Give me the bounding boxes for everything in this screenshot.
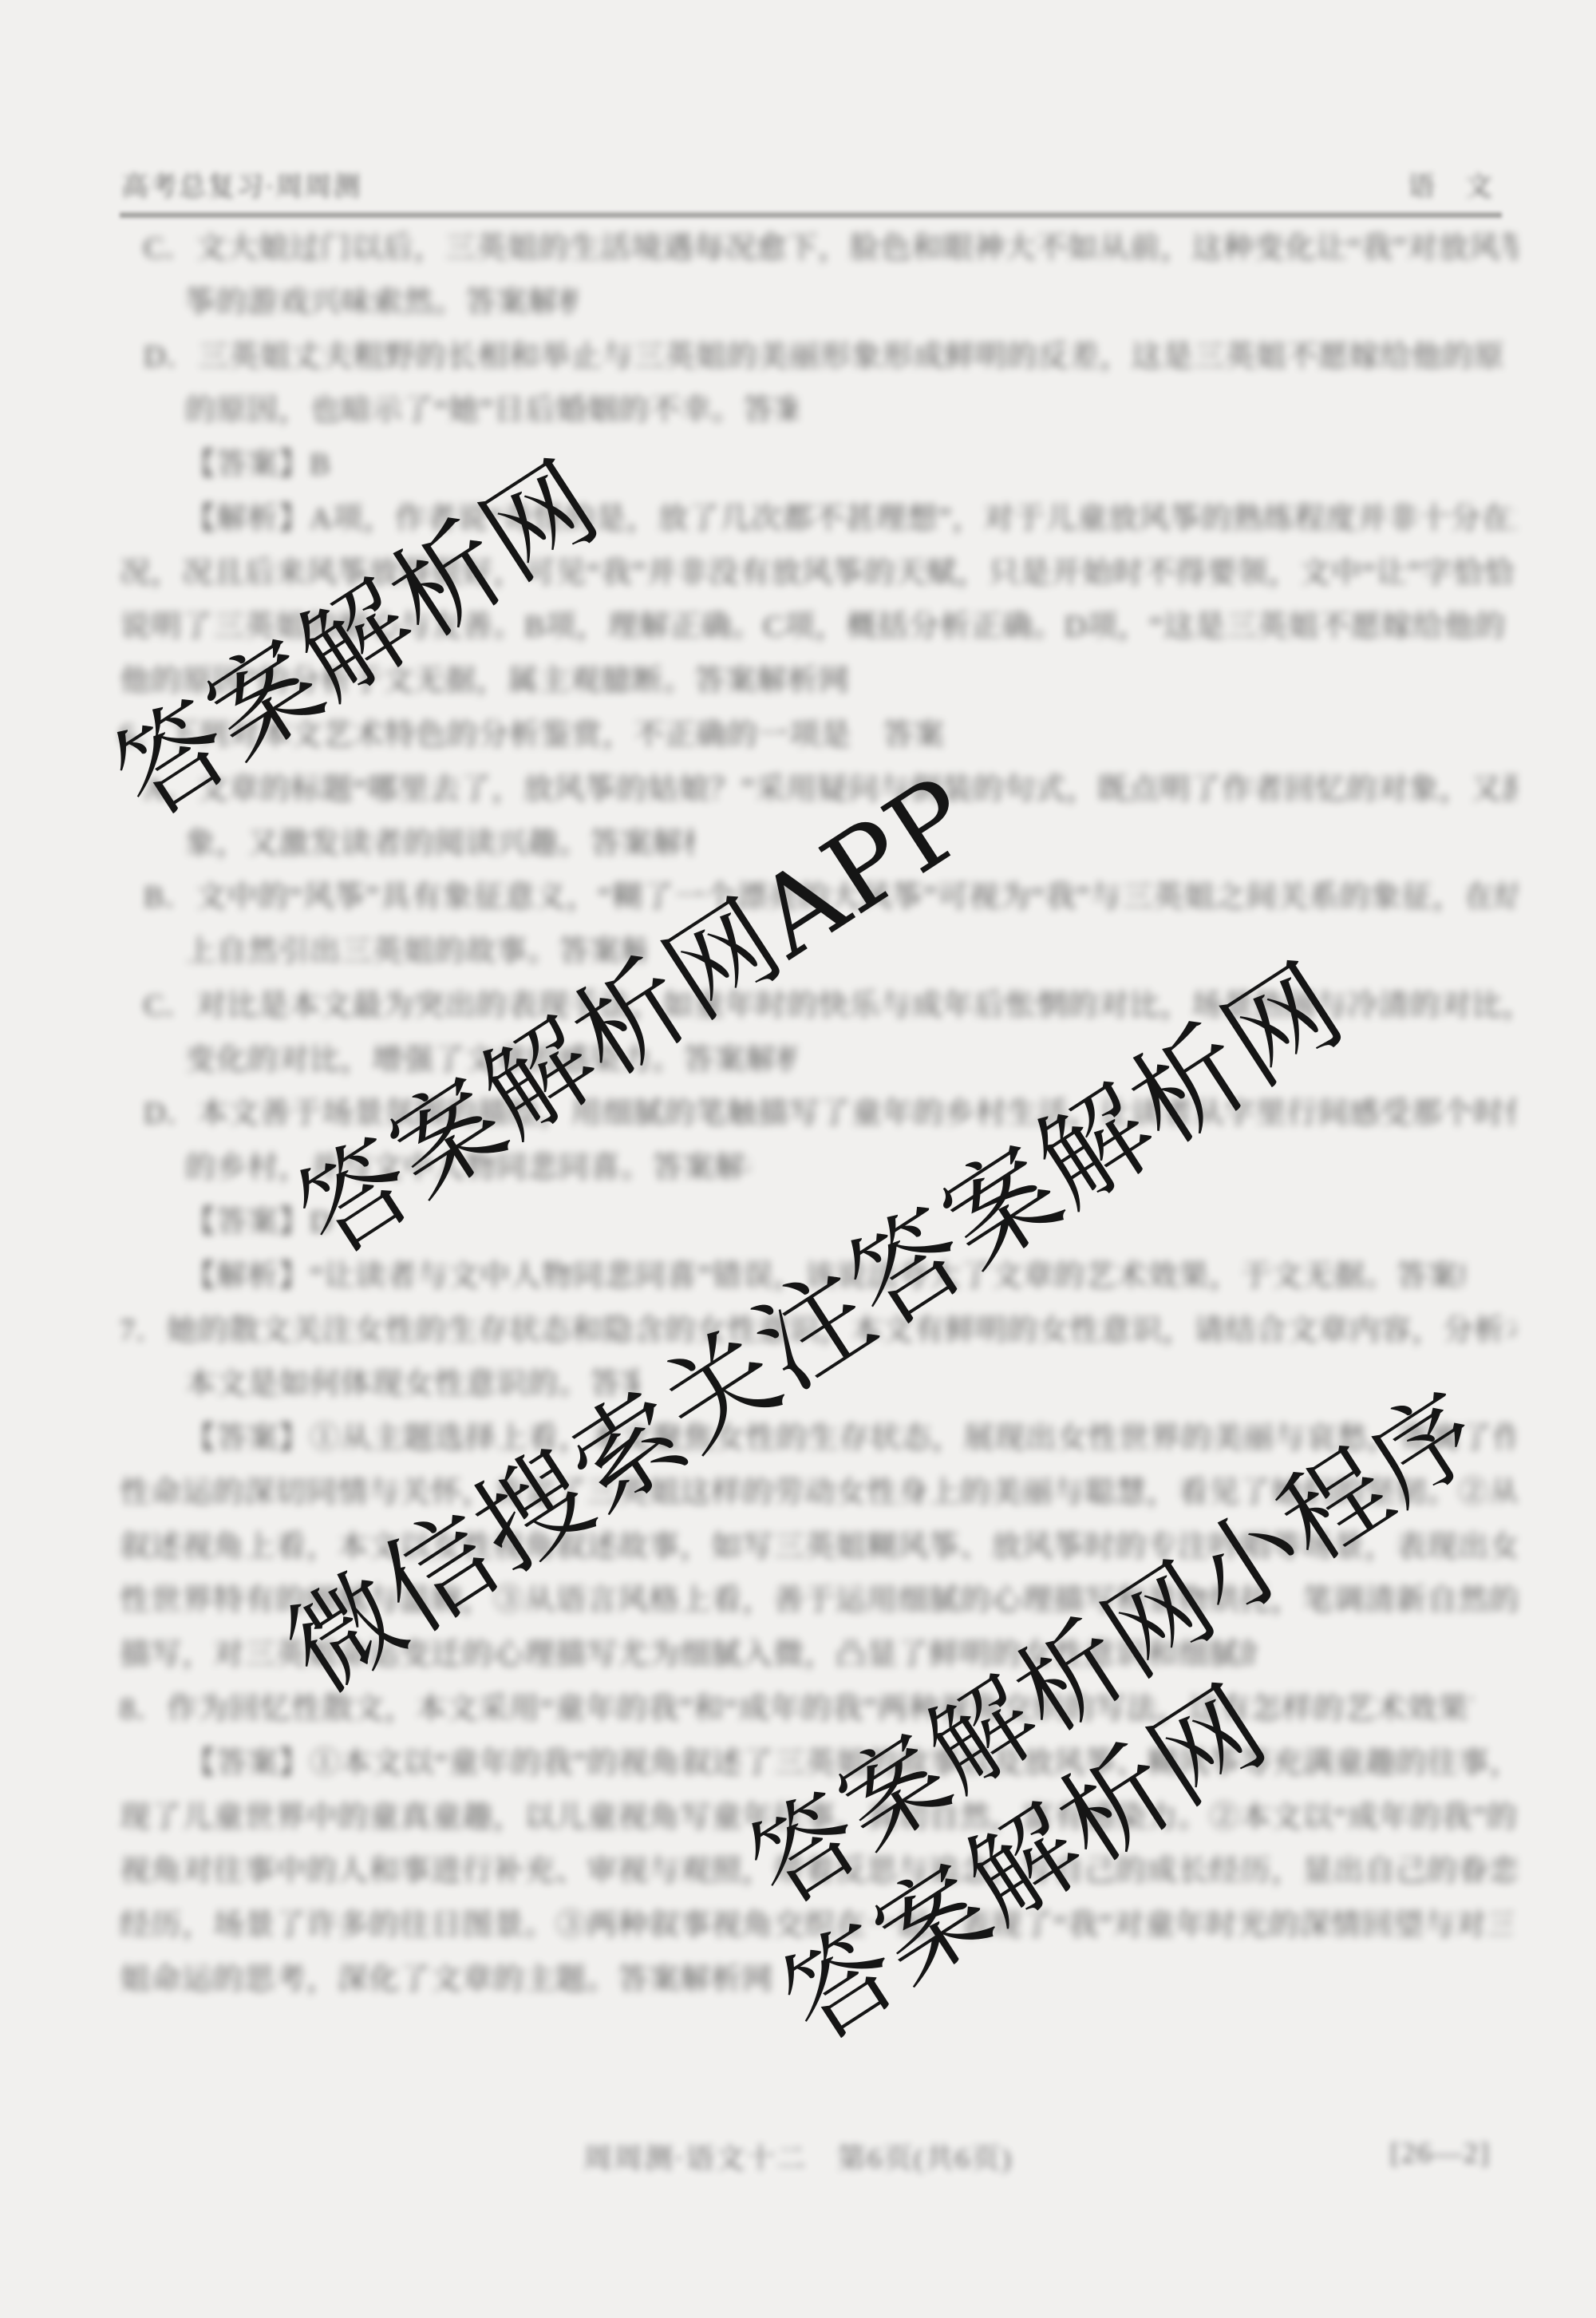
text-line-answer-8-line5: 姐命运的思考，深化了文章的主题。答案解析网 (120, 1960, 1245, 2001)
text-line-option-c-line1: C．文大娘过门以后，三英姐的生活境遇每况愈下，脸色和眼神大不如从前，这种变化让“… (144, 228, 1516, 270)
text-line-option-d-line1: D．三英姐丈夫粗野的长相和举止与三英姐的美丽形象形成鲜明的反差，这是三英姐不愿嫁… (144, 337, 1516, 378)
header-subject-right: 语 文 (1408, 164, 1494, 204)
text-line-option-d-line2: 的原因，也暗示了“她”日后婚姻的不幸。答案解析网 (185, 390, 798, 432)
text-line-option-c-line2: 筝的游戏兴味索然。答案解析网 (185, 283, 579, 324)
header-rule (120, 212, 1502, 218)
text-line-option-a-line2: 象，又激发读者的阅读兴趣。答案解析网 (185, 824, 694, 865)
footer-code-tag: [26—2] (1390, 2136, 1491, 2170)
text-line-answer-5: 【答案】B (185, 445, 345, 486)
footer-page-info: 周周测·语文十二 第6页(共6页) (0, 2136, 1596, 2177)
scanned-exam-answer-page: 高考总复习·周周测 语 文 C．文大娘过门以后，三英姐的生活境遇每况愈下，脸色和… (0, 0, 1596, 2318)
header-title-left: 高考总复习·周周测 (121, 164, 361, 204)
